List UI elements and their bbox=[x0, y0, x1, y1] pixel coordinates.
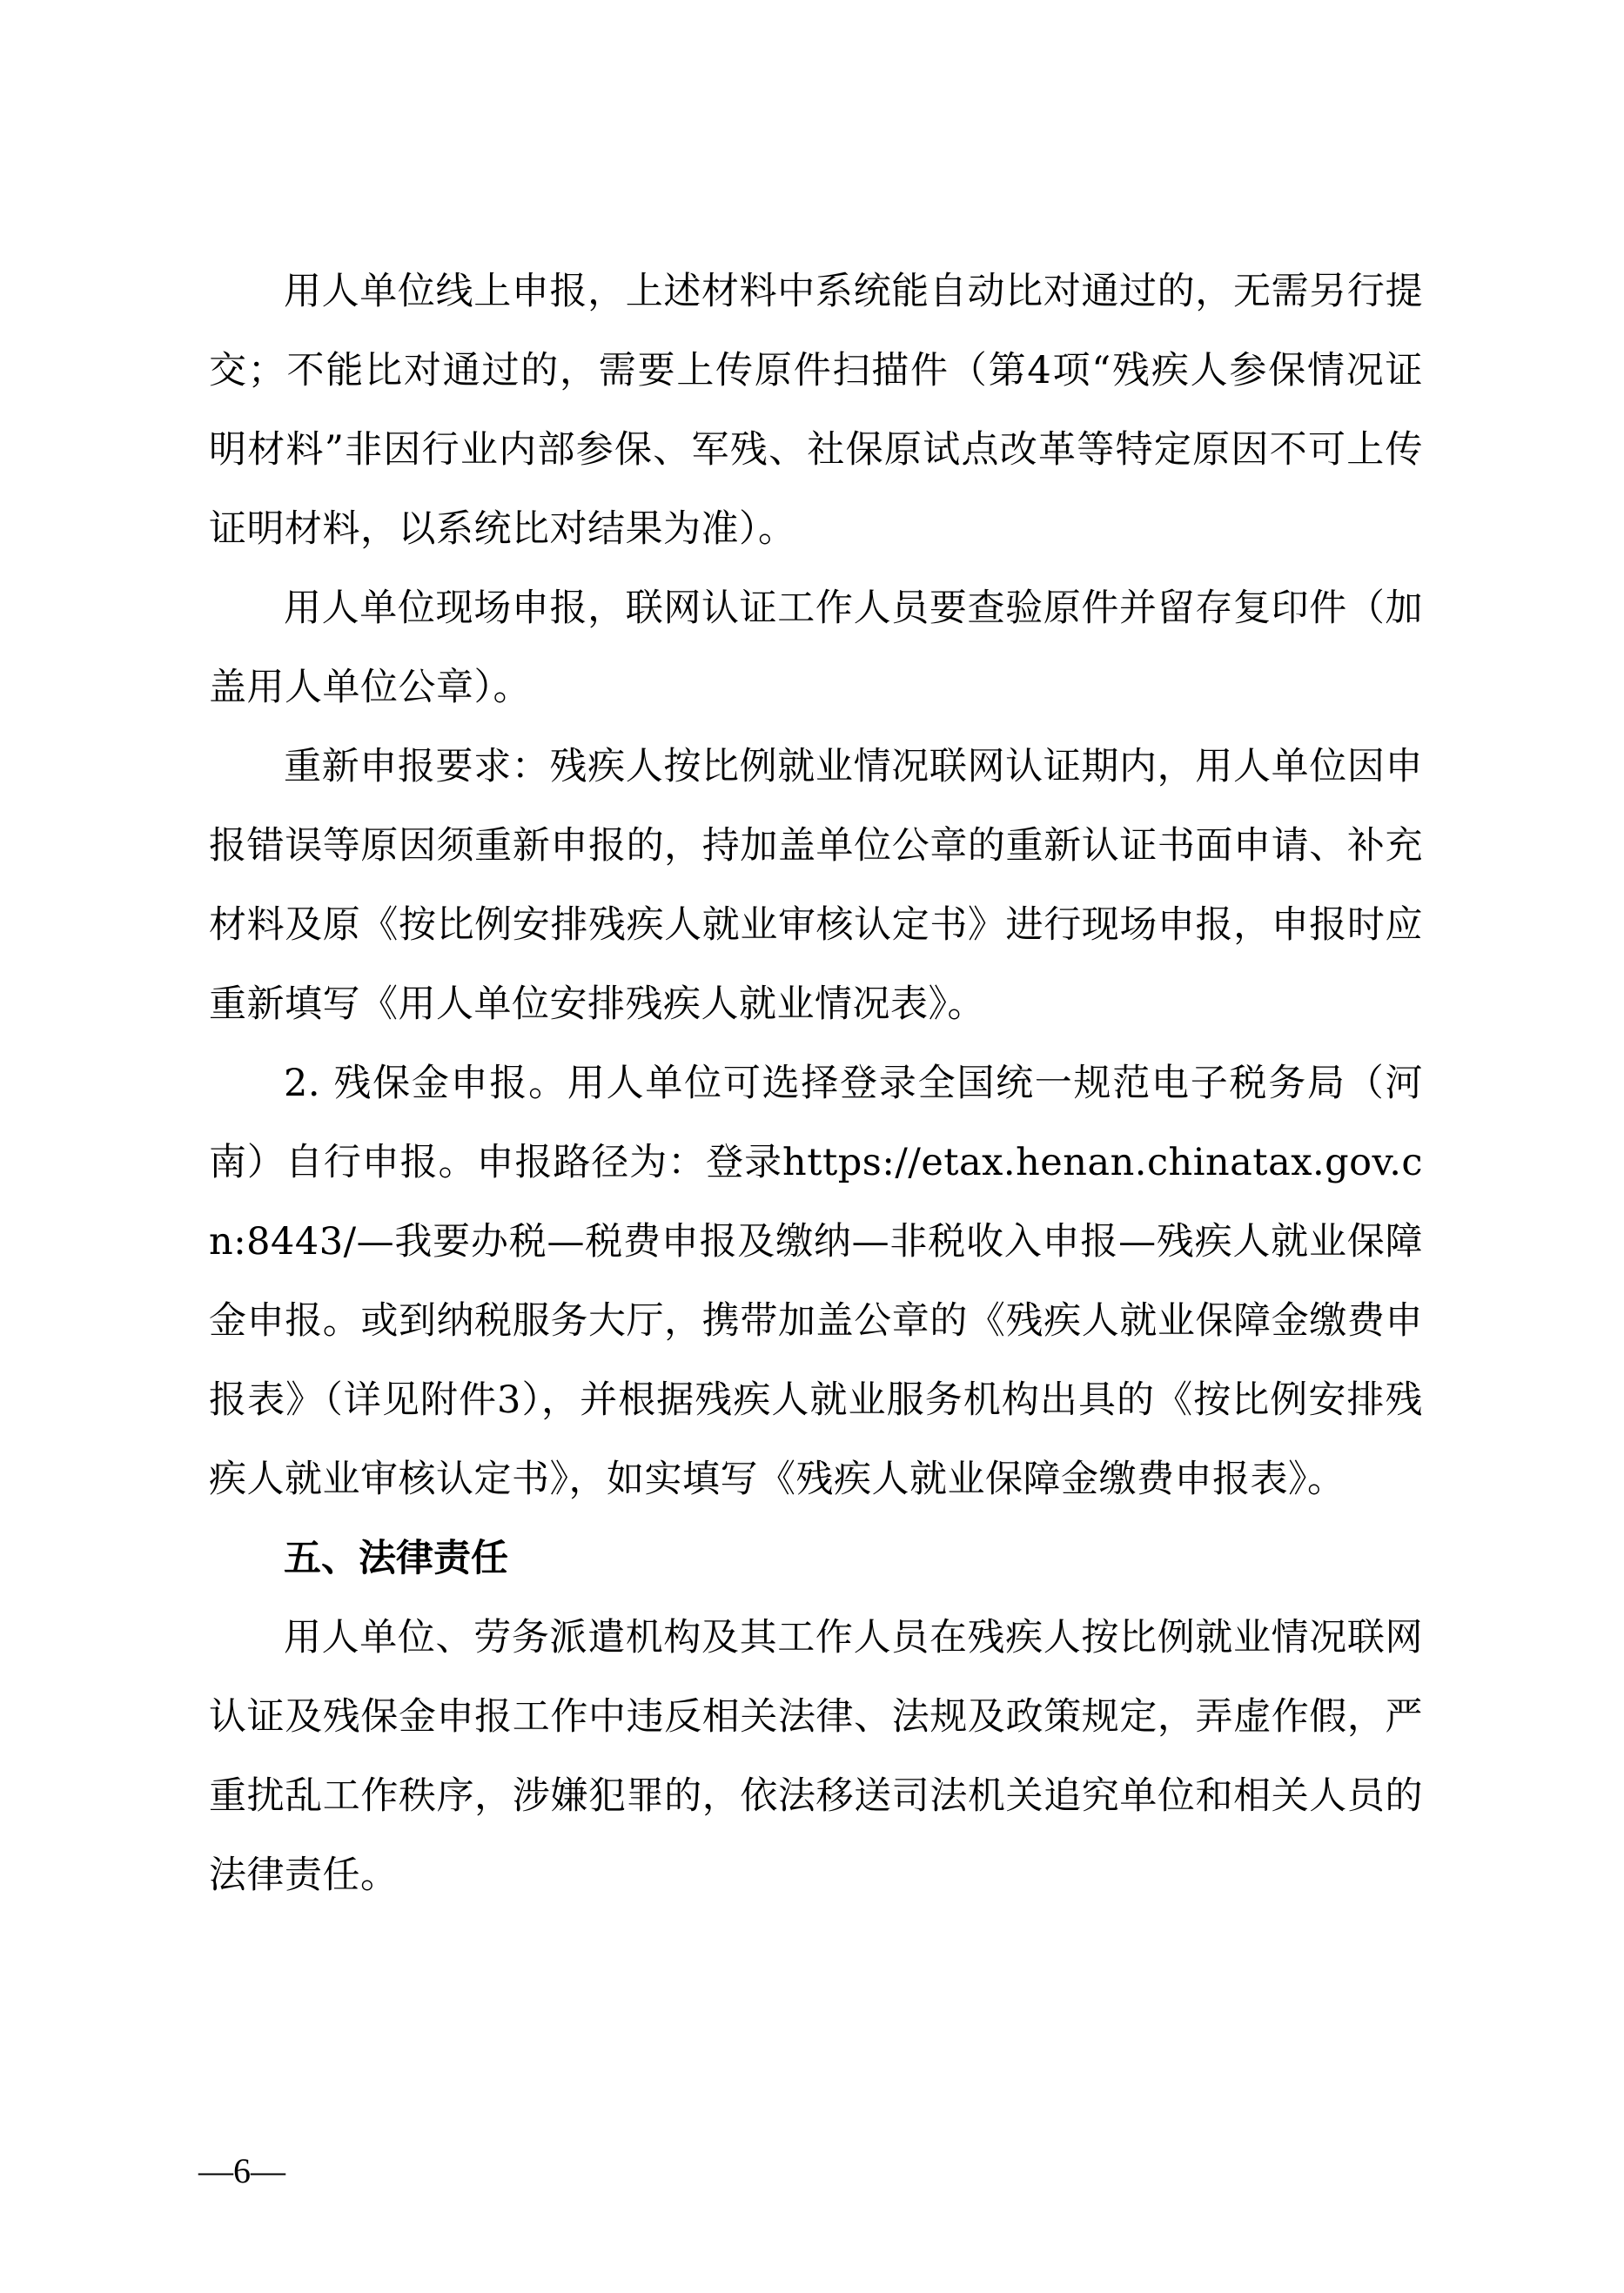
section-heading-legal-liability: 五、法律责任 bbox=[209, 1519, 1423, 1599]
paragraph-onsite-declaration: 用人单位现场申报，联网认证工作人员要查验原件并留存复印件（加盖用人单位公章）。 bbox=[209, 569, 1423, 727]
document-page: 用人单位线上申报，上述材料中系统能自动比对通过的，无需另行提交；不能比对通过的，… bbox=[209, 252, 1423, 1915]
paragraph-redeclaration-requirements: 重新申报要求：残疾人按比例就业情况联网认证期内，用人单位因申报错误等原因须重新申… bbox=[209, 727, 1423, 1044]
paragraph-online-declaration: 用人单位线上申报，上述材料中系统能自动比对通过的，无需另行提交；不能比对通过的，… bbox=[209, 252, 1423, 569]
paragraph-legal-liability: 用人单位、劳务派遣机构及其工作人员在残疾人按比例就业情况联网认证及残保金申报工作… bbox=[209, 1599, 1423, 1915]
paragraph-security-fund-declaration: 2. 残保金申报。用人单位可选择登录全国统一规范电子税务局（河南）自行申报。申报… bbox=[209, 1044, 1423, 1519]
page-number: —6— bbox=[198, 2149, 285, 2193]
